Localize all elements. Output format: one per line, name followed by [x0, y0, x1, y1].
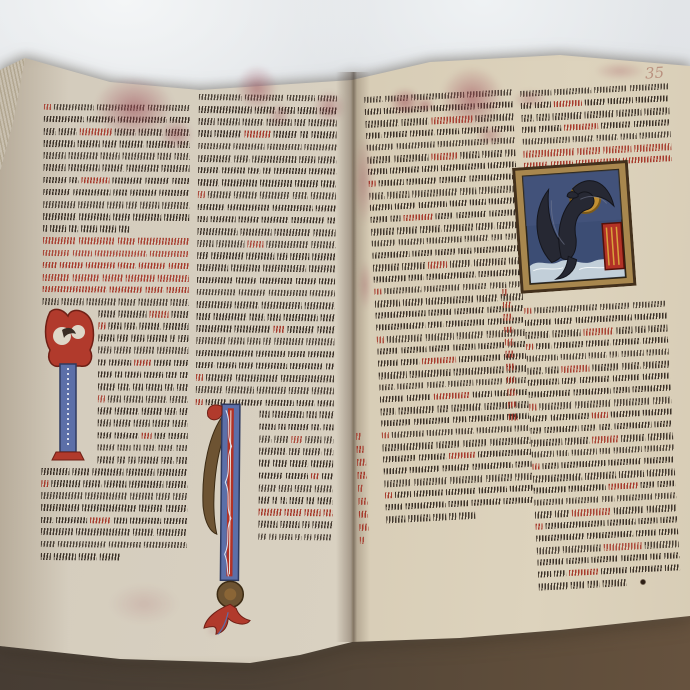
script-word	[375, 310, 425, 319]
script-word	[622, 350, 644, 358]
script-word	[577, 146, 600, 154]
script-word	[197, 301, 232, 308]
script-word	[384, 131, 407, 139]
script-word	[285, 509, 302, 516]
script-word	[273, 460, 288, 467]
script-word	[133, 214, 161, 221]
script-word	[43, 262, 57, 269]
script-word	[86, 298, 115, 305]
script-word	[281, 375, 334, 383]
script-word	[259, 460, 270, 467]
script-word	[614, 421, 651, 429]
script-word	[325, 436, 334, 443]
script-word	[643, 408, 672, 416]
script-word	[69, 225, 79, 232]
script-word	[569, 568, 599, 576]
script-word	[623, 155, 672, 164]
manuscript-text-line	[43, 283, 189, 296]
script-word	[427, 381, 445, 388]
script-word	[528, 378, 560, 386]
script-word	[95, 250, 147, 257]
script-word	[53, 553, 75, 560]
script-word	[527, 367, 542, 375]
script-word	[596, 134, 618, 142]
script-word	[529, 389, 571, 398]
script-word	[572, 135, 594, 143]
script-word	[603, 579, 627, 587]
script-word	[145, 372, 164, 379]
script-word	[179, 335, 189, 342]
script-word	[610, 410, 640, 418]
script-word	[424, 284, 460, 292]
script-word	[166, 481, 187, 488]
script-word	[360, 537, 365, 544]
script-word	[289, 448, 300, 455]
script-word	[321, 180, 336, 187]
script-word	[504, 326, 513, 333]
script-word	[312, 388, 334, 395]
script-word	[453, 366, 503, 376]
script-word	[643, 372, 670, 380]
script-word	[258, 521, 277, 528]
script-word	[142, 432, 152, 439]
script-word	[530, 415, 549, 422]
script-word	[407, 177, 437, 185]
script-word	[397, 226, 417, 234]
script-word	[542, 462, 558, 469]
script-word	[621, 433, 645, 441]
script-word	[130, 493, 153, 500]
script-word	[98, 444, 115, 451]
red-stain	[470, 120, 510, 150]
script-word	[311, 461, 333, 468]
script-word	[139, 262, 166, 269]
script-word	[529, 403, 536, 410]
script-word	[127, 469, 155, 476]
script-word	[431, 152, 458, 160]
script-word	[295, 534, 302, 541]
script-word	[44, 164, 66, 171]
script-word	[177, 445, 188, 452]
script-word	[109, 359, 131, 366]
script-word	[515, 472, 533, 480]
script-word	[490, 436, 531, 445]
script-word	[418, 201, 447, 209]
script-word	[248, 167, 260, 174]
script-word	[286, 473, 307, 480]
script-word	[318, 400, 334, 407]
script-word	[78, 201, 104, 208]
script-word	[154, 360, 172, 367]
script-word	[617, 493, 653, 501]
script-word	[614, 446, 642, 454]
script-word	[130, 517, 161, 524]
manuscript-text-line	[41, 502, 187, 515]
script-word	[126, 274, 155, 281]
script-word	[81, 225, 97, 232]
script-word	[459, 354, 501, 363]
script-word	[314, 485, 332, 492]
manuscript-text-line	[43, 247, 189, 260]
script-word	[43, 274, 70, 281]
script-word	[198, 143, 230, 150]
script-word	[259, 424, 275, 431]
script-word	[482, 149, 503, 157]
script-word	[554, 341, 583, 349]
script-word	[287, 326, 314, 333]
script-word	[472, 461, 512, 470]
script-word	[58, 541, 106, 548]
manuscript-text-line	[509, 410, 519, 423]
script-word	[206, 374, 233, 381]
manuscript-text-line	[43, 174, 189, 187]
script-word	[118, 238, 135, 245]
script-word	[531, 438, 562, 447]
script-word	[171, 299, 189, 306]
script-word	[119, 226, 129, 233]
script-word	[382, 432, 389, 439]
manuscript-text-line	[43, 235, 189, 248]
script-word	[165, 384, 173, 391]
script-word	[456, 211, 486, 219]
script-word	[380, 395, 404, 403]
script-word	[236, 277, 257, 284]
script-word	[327, 217, 335, 224]
script-word	[113, 177, 142, 184]
script-word	[600, 302, 631, 310]
script-word	[211, 252, 244, 259]
script-word	[199, 118, 215, 125]
script-word	[156, 493, 170, 500]
script-word	[315, 205, 335, 212]
script-word	[614, 397, 650, 406]
script-word	[289, 424, 309, 431]
script-word	[117, 456, 126, 463]
manuscript-text-line	[41, 526, 187, 539]
script-word	[235, 326, 271, 333]
script-word	[266, 241, 309, 248]
script-word	[357, 459, 366, 466]
script-word	[507, 376, 516, 383]
script-word	[197, 289, 236, 296]
script-word	[83, 480, 102, 487]
script-word	[446, 487, 476, 495]
script-word	[228, 338, 244, 345]
script-word	[576, 314, 632, 323]
script-word	[429, 345, 451, 353]
script-word	[463, 439, 487, 447]
manuscript-text-line	[43, 222, 129, 235]
script-word	[534, 304, 597, 314]
script-word	[125, 371, 142, 378]
script-word	[374, 288, 381, 295]
script-word	[197, 313, 211, 320]
script-word	[108, 396, 121, 403]
script-word	[278, 484, 291, 491]
script-word	[318, 497, 333, 504]
manuscript-text-line	[43, 259, 189, 272]
script-word	[167, 372, 178, 379]
script-word	[414, 477, 448, 486]
manuscript-text-line	[504, 323, 514, 336]
script-word	[660, 516, 677, 523]
script-word	[634, 143, 671, 152]
script-word	[649, 324, 668, 332]
red-stain	[152, 112, 200, 156]
script-word	[262, 216, 289, 223]
script-word	[603, 542, 642, 551]
script-word	[146, 287, 164, 294]
script-word	[97, 456, 114, 463]
script-word	[358, 498, 367, 505]
script-word	[586, 339, 611, 347]
script-word	[636, 95, 669, 103]
script-word	[324, 448, 333, 455]
script-word	[290, 253, 309, 260]
script-word	[614, 506, 644, 515]
script-word	[640, 131, 671, 139]
script-word	[408, 274, 424, 281]
script-word	[214, 131, 241, 138]
script-word	[118, 335, 128, 342]
script-word	[129, 456, 135, 463]
manuscript-text-line	[360, 534, 369, 547]
script-word	[507, 388, 516, 395]
script-word	[479, 486, 508, 494]
script-word	[449, 259, 471, 267]
script-word	[613, 386, 629, 393]
script-word	[401, 346, 426, 354]
script-word	[397, 141, 435, 149]
script-word	[384, 286, 422, 294]
script-word	[263, 168, 271, 175]
script-word	[43, 298, 59, 305]
script-word	[659, 528, 678, 535]
script-word	[420, 225, 441, 233]
script-word	[259, 448, 286, 455]
script-word	[522, 126, 536, 133]
script-word	[284, 314, 317, 321]
script-word	[140, 201, 159, 208]
script-word	[383, 455, 416, 463]
script-word	[599, 447, 611, 454]
red-stain	[412, 94, 438, 116]
manuscript-text-line	[358, 482, 367, 495]
script-word	[402, 262, 425, 270]
script-word	[588, 351, 607, 358]
script-word	[261, 301, 301, 308]
script-word	[644, 107, 669, 115]
script-word	[545, 520, 604, 530]
script-word	[90, 517, 111, 524]
script-word	[658, 480, 676, 487]
script-word	[309, 168, 337, 175]
script-word	[560, 353, 585, 361]
script-word	[56, 517, 87, 524]
script-word	[260, 192, 290, 199]
script-word	[469, 199, 486, 206]
script-word	[323, 510, 333, 517]
script-word	[584, 327, 614, 336]
script-word	[379, 179, 405, 187]
script-word	[372, 251, 410, 259]
red-stain	[96, 576, 192, 632]
script-word	[234, 155, 250, 162]
script-word	[177, 457, 188, 464]
script-word	[554, 87, 591, 95]
script-word	[124, 323, 136, 330]
script-word	[388, 190, 410, 198]
script-word	[273, 326, 284, 333]
script-word	[98, 408, 112, 415]
script-word	[582, 424, 598, 431]
script-word	[463, 283, 487, 291]
script-word	[277, 253, 287, 260]
script-word	[278, 424, 285, 431]
script-word	[555, 509, 569, 517]
script-word	[565, 436, 590, 444]
script-word	[307, 497, 315, 504]
script-word	[174, 360, 188, 367]
script-word	[43, 213, 76, 220]
script-word	[159, 445, 174, 452]
manuscript-text-line	[359, 508, 368, 521]
manuscript-text-line	[359, 521, 368, 534]
script-word	[449, 451, 476, 459]
script-word	[180, 408, 188, 415]
script-word	[534, 486, 566, 494]
script-word	[375, 299, 401, 307]
script-word	[453, 343, 476, 351]
script-word	[290, 497, 304, 504]
script-word	[395, 491, 412, 498]
script-word	[161, 165, 189, 172]
script-word	[634, 312, 666, 320]
manuscript-text-line	[41, 538, 187, 551]
red-stain	[350, 118, 378, 243]
script-word	[317, 327, 334, 334]
manuscript-text-line	[357, 469, 366, 482]
script-word	[140, 323, 161, 330]
script-word	[632, 384, 671, 392]
script-word	[397, 382, 424, 390]
script-word	[74, 189, 111, 196]
script-word	[312, 132, 337, 139]
script-word	[269, 533, 276, 540]
script-word	[79, 237, 115, 244]
script-word	[510, 484, 533, 492]
script-word	[536, 533, 585, 542]
script-word	[198, 155, 231, 162]
script-word	[173, 493, 187, 500]
script-word	[409, 368, 450, 377]
script-word	[476, 222, 495, 230]
script-word	[390, 166, 419, 174]
script-word	[311, 192, 336, 199]
script-word	[173, 178, 190, 185]
manuscript-text-line	[502, 286, 512, 299]
script-word	[273, 411, 304, 418]
script-word	[133, 383, 143, 390]
script-word	[289, 351, 306, 358]
script-word	[290, 460, 308, 467]
script-word	[569, 484, 606, 492]
script-word	[379, 371, 407, 379]
script-word	[103, 274, 123, 281]
script-word	[407, 394, 431, 402]
script-word	[571, 448, 596, 456]
script-word	[274, 168, 305, 175]
script-word	[532, 450, 554, 458]
script-word	[69, 164, 100, 171]
script-word	[196, 350, 253, 357]
manuscript-text-line	[357, 456, 366, 469]
script-word	[357, 446, 364, 453]
script-word	[41, 480, 48, 487]
script-word	[306, 338, 334, 345]
script-word	[313, 521, 333, 528]
script-word	[199, 130, 212, 137]
script-word	[226, 387, 254, 394]
script-word	[108, 323, 121, 330]
script-word	[266, 399, 294, 406]
script-word	[124, 396, 143, 403]
script-word	[142, 408, 162, 415]
script-word	[98, 432, 112, 439]
script-word	[414, 417, 450, 425]
script-word	[381, 419, 412, 427]
script-word	[310, 290, 335, 297]
script-word	[305, 144, 337, 151]
script-word	[198, 216, 208, 223]
script-word	[98, 347, 111, 354]
script-word	[524, 307, 531, 314]
script-word	[44, 140, 75, 147]
script-word	[139, 505, 163, 512]
script-word	[197, 277, 233, 284]
script-word	[503, 313, 512, 320]
script-word	[260, 277, 293, 284]
script-word	[43, 225, 47, 232]
manuscript-text-line	[507, 385, 517, 398]
script-word	[486, 473, 512, 481]
script-word	[364, 96, 383, 103]
script-word	[460, 187, 476, 195]
script-word	[234, 143, 265, 150]
script-word	[198, 179, 219, 186]
script-word	[274, 436, 289, 443]
script-word	[297, 400, 315, 407]
script-word	[401, 358, 419, 365]
script-word	[311, 424, 320, 431]
script-word	[323, 424, 333, 431]
script-word	[428, 321, 443, 328]
script-word	[169, 263, 189, 270]
script-word	[646, 348, 669, 356]
script-word	[455, 307, 485, 315]
script-word	[257, 387, 286, 394]
script-word	[645, 456, 675, 464]
script-word	[73, 250, 92, 257]
script-word	[122, 153, 154, 160]
script-word	[650, 553, 662, 560]
script-word	[41, 553, 51, 560]
script-word	[145, 177, 170, 184]
manuscript-text-line	[503, 298, 513, 311]
manuscript-text-line	[358, 495, 367, 508]
script-word	[438, 404, 450, 412]
script-word	[634, 119, 670, 127]
